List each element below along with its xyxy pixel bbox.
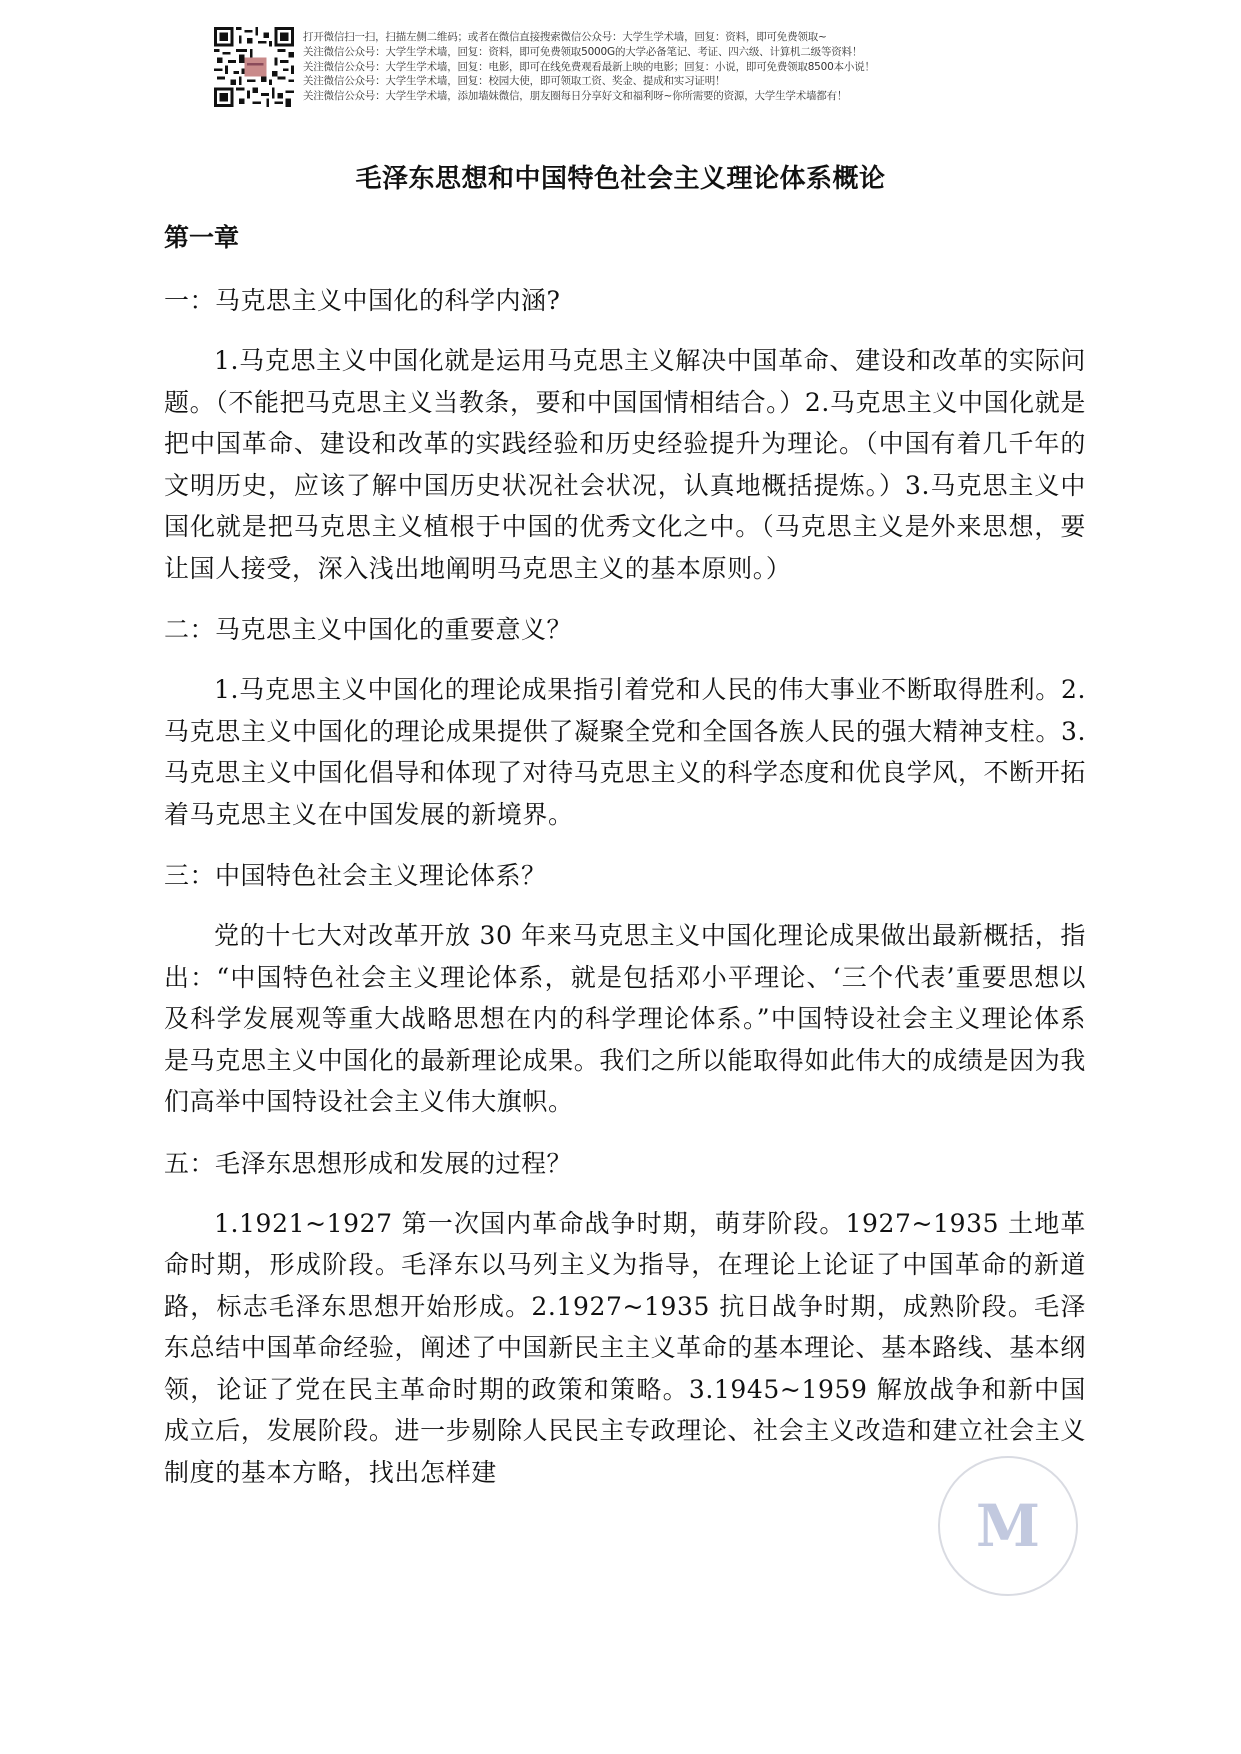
section-question: 一：马克思主义中国化的科学内涵? [164, 280, 1086, 322]
promo-line: 打开微信扫一扫，扫描左侧二维码；或者在微信直接搜索微信公众号：大学生学术墙，回复… [303, 30, 943, 45]
section-question: 二：马克思主义中国化的重要意义？ [164, 609, 1086, 651]
section-answer: 1.马克思主义中国化就是运用马克思主义解决中国革命、建设和改革的实际问题。（不能… [164, 340, 1086, 589]
document-body: 第一章 一：马克思主义中国化的科学内涵? 1.马克思主义中国化就是运用马克思主义… [164, 216, 1086, 1513]
chapter-heading: 第一章 [164, 216, 1086, 260]
promo-header: 打开微信扫一扫，扫描左侧二维码；或者在微信直接搜索微信公众号：大学生学术墙，回复… [214, 27, 914, 111]
promo-line: 关注微信公众号：大学生学术墙，回复：校园大使，即可领取工资、奖金、提成和实习证明… [303, 74, 943, 89]
promo-line: 关注微信公众号：大学生学术墙，回复：电影，即可在线免费观看最新上映的电影；回复：… [303, 60, 943, 75]
section-answer: 1.1921~1927 第一次国内革命战争时期，萌芽阶段。1927~1935 土… [164, 1203, 1086, 1494]
section-question: 三：中国特色社会主义理论体系？ [164, 855, 1086, 897]
document-title: 毛泽东思想和中国特色社会主义理论体系概论 [0, 158, 1241, 195]
section-question: 五：毛泽东思想形成和发展的过程？ [164, 1143, 1086, 1185]
section-answer: 1.马克思主义中国化的理论成果指引着党和人民的伟大事业不断取得胜利。2.马克思主… [164, 669, 1086, 835]
watermark-stamp-icon: M [938, 1456, 1078, 1596]
watermark-mark: M [962, 1498, 1054, 1554]
promo-text: 打开微信扫一扫，扫描左侧二维码；或者在微信直接搜索微信公众号：大学生学术墙，回复… [303, 30, 943, 104]
promo-line: 关注微信公众号：大学生学术墙，回复：资料，即可免费领取5000G的大学必备笔记、… [303, 45, 943, 60]
qr-code-icon [214, 27, 294, 107]
section-answer: 党的十七大对改革开放 30 年来马克思主义中国化理论成果做出最新概括，指出：“中… [164, 915, 1086, 1123]
promo-line: 关注微信公众号：大学生学术墙，添加墙妹微信，朋友圈每日分享好文和福利呀~你所需要… [303, 89, 943, 104]
